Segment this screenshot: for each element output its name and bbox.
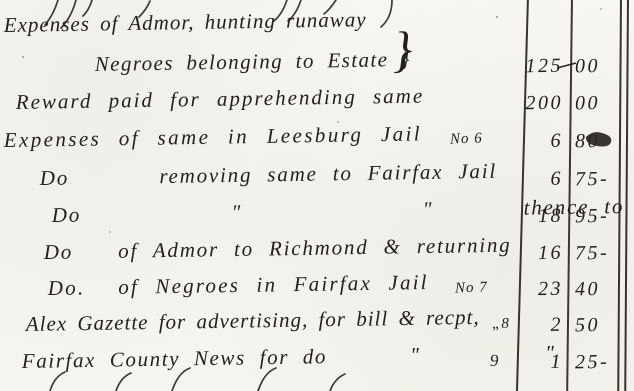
entry-text: Expenses of same in Leesburg Jail — [4, 121, 423, 153]
voucher-number: No 7 — [455, 279, 488, 297]
voucher-number: „8 — [492, 316, 510, 334]
amount-dollars: 6 — [521, 130, 563, 154]
amount-dollars: 23 — [521, 278, 563, 302]
entry-text: Reward paid for apprehending same — [16, 84, 425, 115]
amount-cents: 95- — [575, 205, 623, 229]
entry-text: Alex Gazette for advertising, for bill &… — [26, 305, 480, 337]
entry-text: Negroes belonging to Estate } — [95, 47, 411, 77]
voucher-number: No 6 — [450, 130, 483, 148]
amount-dollars: 6 — [521, 168, 563, 192]
amount-cents: 75- — [575, 168, 623, 192]
entry-text: Do removing same to Fairfax Jail — [40, 159, 498, 191]
next-line-fragment — [50, 372, 65, 391]
amount-dollars: 1 — [521, 351, 563, 375]
amount-cents: 75- — [575, 242, 623, 266]
voucher-number: 9 — [490, 351, 500, 371]
amount-dollars: 2 — [521, 314, 563, 338]
amount-cents: 80 — [575, 130, 623, 154]
amount-cents: 25- — [575, 351, 623, 375]
entry-text: Do. of Negroes in Fairfax Jail — [48, 270, 429, 301]
amount-cents: 50 — [575, 314, 623, 338]
amount-cents: 00 — [575, 55, 623, 79]
amount-dollars: 125 — [521, 55, 563, 79]
amount-dollars: 16 — [521, 242, 563, 266]
amount-dollars: 200 — [521, 92, 563, 116]
amount-cents: 00 — [575, 92, 623, 116]
entry-text: Expenses of Admor, hunting runaway — [4, 7, 367, 38]
amount-cents: 40 — [575, 278, 623, 302]
amount-dollars: 18 — [521, 205, 563, 229]
entry-text: Do of Admor to Richmond & returning — [44, 233, 512, 265]
entry-text: Fairfax County News for do " " — [22, 341, 556, 374]
ledger-page: Expenses of Admor, hunting runaway } Neg… — [0, 0, 634, 391]
